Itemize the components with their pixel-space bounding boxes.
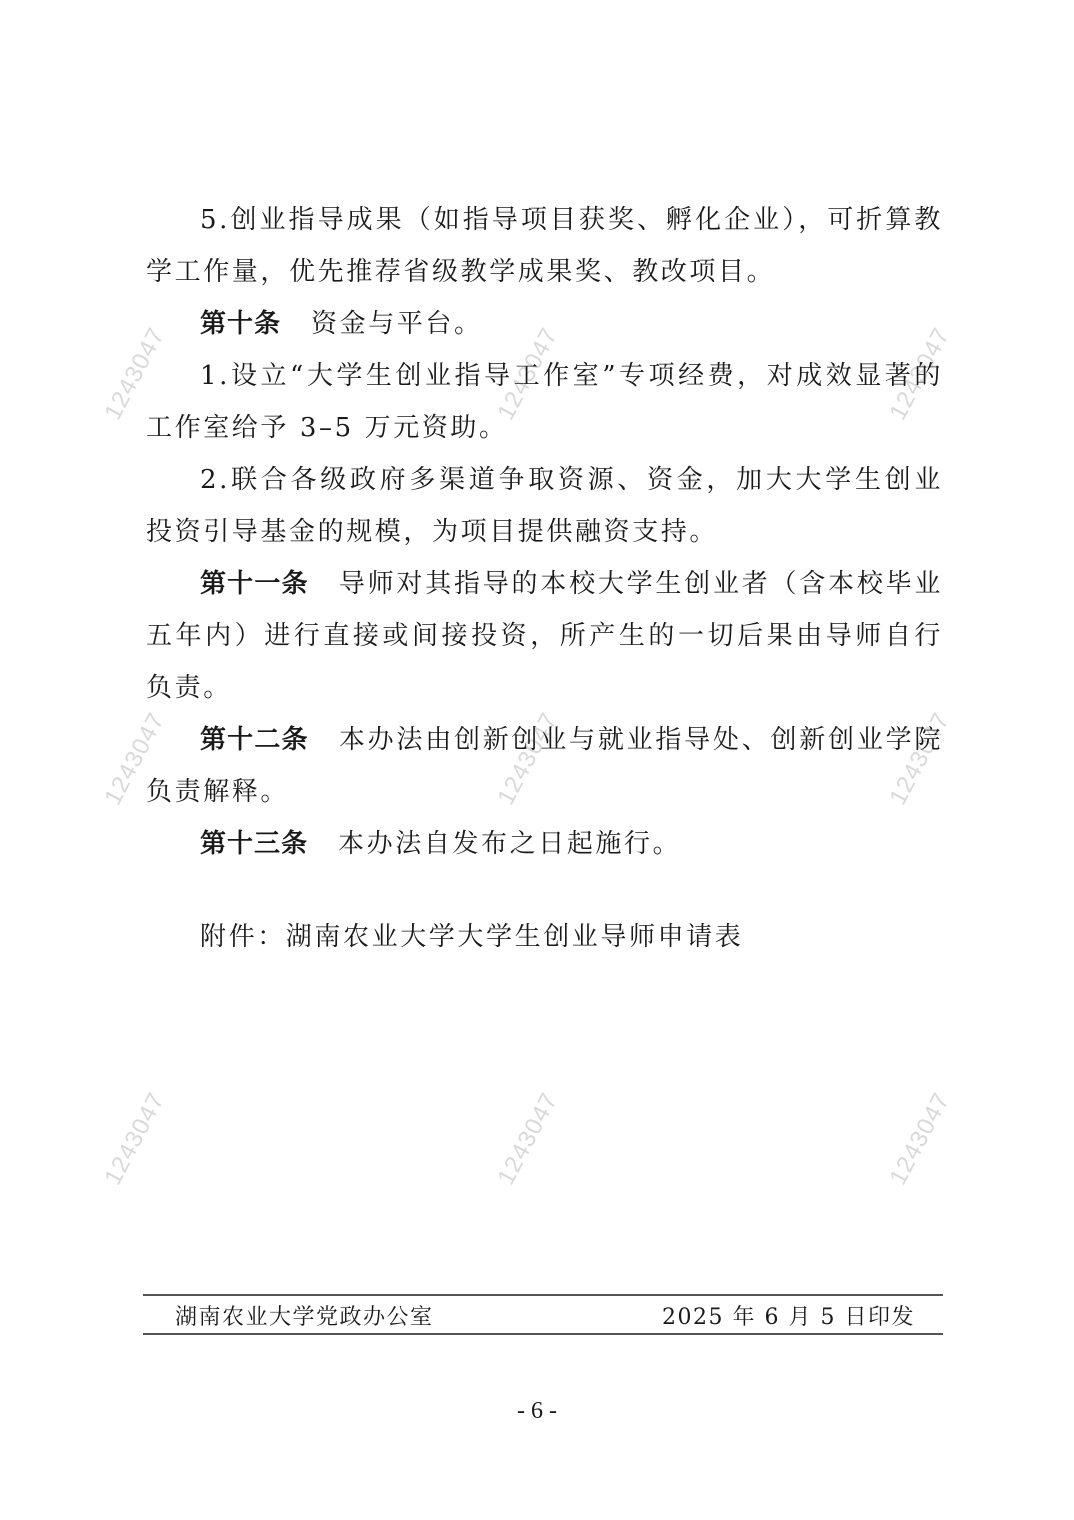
- paragraph-text: 1.设立“大学生创业指导工作室”专项经费，对成效显著的工作室给予 3–5 万元资…: [146, 361, 943, 443]
- article-heading: 第十三条: [200, 829, 308, 859]
- watermark-text: 1243047: [99, 1088, 171, 1190]
- footer-bottom-rule: [143, 1333, 943, 1335]
- paragraph-text: 5.创业指导成果（如指导项目获奖、孵化企业），可折算教学工作量，优先推荐省级教学…: [146, 205, 943, 287]
- article-11: 第十一条导师对其指导的本校大学生创业者（含本校毕业五年内）进行直接或间接投资，所…: [146, 558, 943, 714]
- document-body: 5.创业指导成果（如指导项目获奖、孵化企业），可折算教学工作量，优先推荐省级教学…: [146, 194, 943, 989]
- paragraph-item-5: 5.创业指导成果（如指导项目获奖、孵化企业），可折算教学工作量，优先推荐省级教学…: [146, 194, 943, 298]
- issue-date: 2025 年 6 月 5 日印发: [662, 1300, 943, 1331]
- article-heading: 第十二条: [200, 725, 309, 755]
- article-10: 第十条资金与平台。: [146, 298, 943, 350]
- paragraph-text: 2.联合各级政府多渠道争取资源、资金，加大大学生创业投资引导基金的规模，为项目提…: [146, 465, 943, 547]
- watermark-text: 1243047: [492, 1088, 564, 1190]
- issuer-name: 湖南农业大学党政办公室: [143, 1300, 434, 1331]
- document-page: 1243047124304712430471243047124304712430…: [0, 0, 1074, 1520]
- article-heading: 第十一条: [200, 569, 309, 599]
- page-number: - 6 -: [0, 1398, 1074, 1425]
- watermark-text: 1243047: [884, 1088, 956, 1190]
- article-12: 第十二条本办法由创新创业与就业指导处、创新创业学院负责解释。: [146, 714, 943, 818]
- attachment-note: 附件：湖南农业大学大学生创业导师申请表: [146, 911, 943, 963]
- article-13: 第十三条本办法自发布之日起施行。: [146, 818, 943, 870]
- paragraph-item-2: 2.联合各级政府多渠道争取资源、资金，加大大学生创业投资引导基金的规模，为项目提…: [146, 454, 943, 558]
- issuance-footer: 湖南农业大学党政办公室 2025 年 6 月 5 日印发: [143, 1298, 943, 1332]
- paragraph-text: 资金与平台。: [311, 309, 483, 339]
- paragraph-text: 本办法自发布之日起施行。: [338, 829, 681, 859]
- paragraph-item-1: 1.设立“大学生创业指导工作室”专项经费，对成效显著的工作室给予 3–5 万元资…: [146, 350, 943, 454]
- footer-top-rule: [143, 1294, 943, 1296]
- article-heading: 第十条: [200, 309, 281, 339]
